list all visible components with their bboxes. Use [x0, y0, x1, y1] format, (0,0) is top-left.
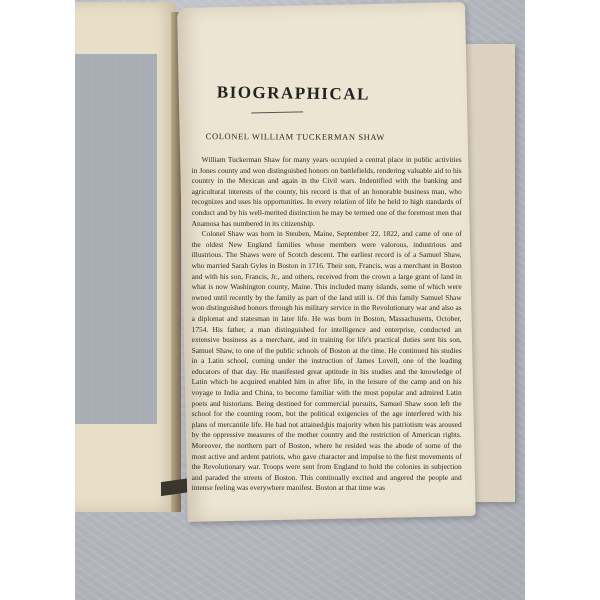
page-heading: BIOGRAPHICAL — [217, 83, 370, 105]
paragraph: Colonel Shaw was born in Steuben, Maine,… — [192, 229, 462, 494]
page-number: 5 — [324, 423, 328, 432]
heading-rule — [251, 111, 303, 113]
body-text: William Tuckerman Shaw for many years oc… — [192, 155, 462, 494]
chapter-subheading: COLONEL WILLIAM TUCKERMAN SHAW — [206, 131, 385, 142]
paragraph: William Tuckerman Shaw for many years oc… — [192, 155, 462, 229]
book-photo: BIOGRAPHICAL COLONEL WILLIAM TUCKERMAN S… — [75, 0, 525, 600]
tissue-covered-plate — [75, 54, 157, 424]
right-page: BIOGRAPHICAL COLONEL WILLIAM TUCKERMAN S… — [177, 2, 476, 522]
left-page — [75, 2, 177, 512]
